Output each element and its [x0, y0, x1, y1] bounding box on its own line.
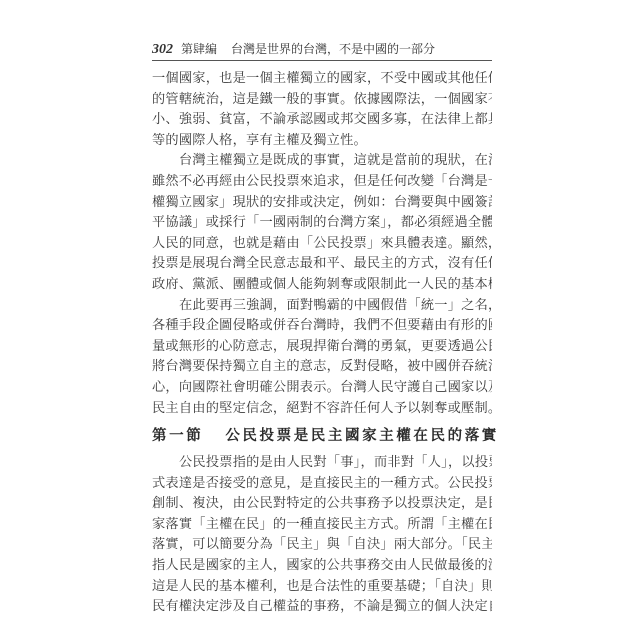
text-line: 民有權決定涉及自己權益的事務，不論是獨立的個人決定自己的	[152, 597, 492, 618]
section-title: 公民投票是民主國家主權在民的落實	[225, 428, 499, 444]
text-line: 各種手段企圖侵略或併吞台灣時，我們不但要藉由有形的國防力	[152, 316, 492, 337]
text-line: 政府、黨派、團體或個人能夠剝奪或限制此一人民的基本權利。	[152, 275, 492, 296]
text-line: 一個國家，也是一個主權獨立的國家，不受中國或其他任何國家	[152, 69, 492, 90]
running-head: 302第肆編台灣是世界的台灣，不是中國的一部分	[152, 40, 492, 61]
text-line: 人民的同意，也就是藉由「公民投票」來具體表達。顯然，公民	[152, 234, 492, 255]
running-head-title: 台灣是世界的台灣，不是中國的一部分	[231, 42, 435, 56]
text-line: 雖然不必再經由公民投票來追求，但是任何改變「台灣是一個主	[152, 172, 492, 193]
paragraph-3: 在此要再三強調，面對鴨霸的中國假借「統一」之名，透過 各種手段企圖侵略或併吞台灣…	[152, 296, 492, 420]
text-line: 指人民是國家的主人，國家的公共事務交由人民做最後的決定，	[152, 556, 492, 577]
text-line: 平協議」或採行「一國兩制的台灣方案」，都必須經過全體台灣	[152, 213, 492, 234]
section-heading: 第一節公民投票是民主國家主權在民的落實	[152, 425, 492, 447]
paragraph-2: 台灣主權獨立是既成的事實，這就是當前的現狀，在法理上 雖然不必再經由公民投票來追…	[152, 151, 492, 295]
page-number: 302	[152, 42, 173, 57]
book-page: 302第肆編台灣是世界的台灣，不是中國的一部分 一個國家，也是一個主權獨立的國家…	[152, 40, 492, 618]
text-line: 小、強弱、貧富，不論承認國或邦交國多寡，在法律上都具有平	[152, 110, 492, 131]
text-line: 心，向國際社會明確公開表示。台灣人民守護自己國家以及追求	[152, 378, 492, 399]
part-label: 第肆編	[181, 42, 217, 56]
paragraph-1: 一個國家，也是一個主權獨立的國家，不受中國或其他任何國家 的管轄統治，這是鐵一般…	[152, 69, 492, 151]
paragraph-4: 公民投票指的是由人民對「事」，而非對「人」，以投票的方 式表達是否接受的意見，是…	[152, 453, 492, 618]
text-line: 民主自由的堅定信念，絕對不容許任何人予以剝奪或壓制。	[152, 399, 492, 420]
text-line: 台灣主權獨立是既成的事實，這就是當前的現狀，在法理上	[152, 151, 492, 172]
text-line: 量或無形的心防意志，展現捍衛台灣的勇氣，更要透過公民投票	[152, 337, 492, 358]
text-line: 投票是展現台灣全民意志最和平、最民主的方式，沒有任何強權、	[152, 254, 492, 275]
text-line: 落實，可以簡要分為「民主」與「自決」兩大部分。「民主」係	[152, 535, 492, 556]
text-line: 家落實「主權在民」的一種直接民主方式。所謂「主權在民」的	[152, 515, 492, 536]
text-line: 在此要再三強調，面對鴨霸的中國假借「統一」之名，透過	[152, 296, 492, 317]
text-line: 這是人民的基本權利，也是合法性的重要基礎；「自決」則指人	[152, 577, 492, 598]
text-line: 權獨立國家」現狀的安排或決定，例如：台灣要與中國簽訂「和	[152, 193, 492, 214]
text-line: 式表達是否接受的意見，是直接民主的一種方式。公民投票包括	[152, 474, 492, 495]
section-number: 第一節	[152, 428, 203, 444]
body-text: 一個國家，也是一個主權獨立的國家，不受中國或其他任何國家 的管轄統治，這是鐵一般…	[152, 69, 492, 618]
text-line: 公民投票指的是由人民對「事」，而非對「人」，以投票的方	[152, 453, 492, 474]
text-line: 創制、複決，由公民對特定的公共事務予以投票決定，是民主國	[152, 494, 492, 515]
text-line: 等的國際人格，享有主權及獨立性。	[152, 131, 492, 152]
text-line: 的管轄統治，這是鐵一般的事實。依據國際法，一個國家不分大	[152, 90, 492, 111]
text-line: 將台灣要保持獨立自主的意志，反對侵略，被中國併吞統治的決	[152, 357, 492, 378]
